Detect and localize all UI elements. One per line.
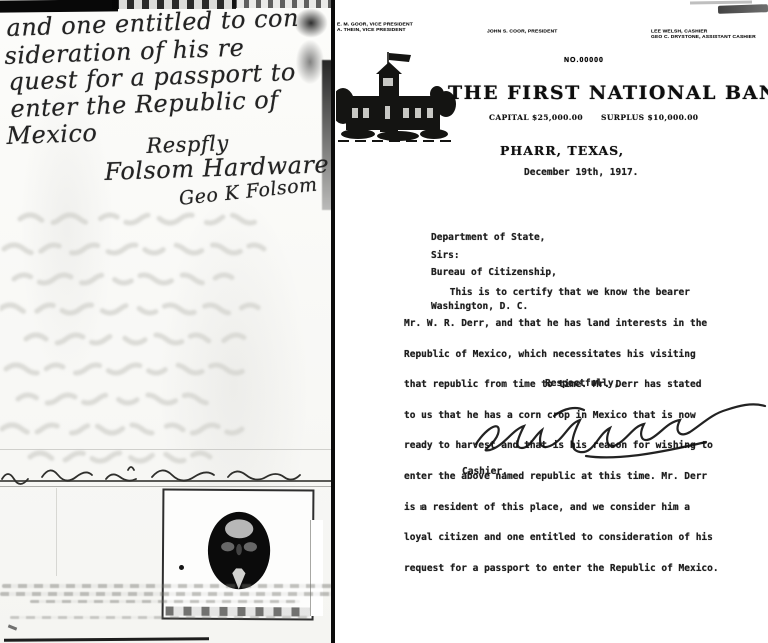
officer-name: A. THEIN, VICE PRESIDENT	[337, 28, 413, 34]
ink-mark	[420, 505, 423, 510]
signer-title: Cashier.	[462, 466, 508, 477]
bleed-through-print-line	[0, 592, 334, 596]
body-line: Republic of Mexico, which necessitates h…	[404, 350, 719, 360]
fold-line	[0, 449, 332, 450]
body-line: This is to certify that we know the bear…	[404, 288, 719, 298]
body-line: is a resident of this place, and we cons…	[404, 503, 719, 513]
ink-blot	[296, 40, 324, 84]
letterhead-officers-center: JOHN S. COOR, PRESIDENT	[487, 29, 557, 35]
body-line: loyal citizen and one entitled to consid…	[404, 533, 719, 543]
bleed-through-print-line	[30, 600, 300, 603]
bank-name: THE FIRST NATIONAL BANK	[448, 82, 760, 104]
ink-dot	[179, 565, 184, 570]
body-line: Mr. W. R. Derr, and that he has land int…	[404, 319, 719, 329]
capital-amount: CAPITAL $25,000.00	[489, 113, 583, 122]
body-line: enter the above named republic at this t…	[404, 472, 719, 482]
bank-building-illustration	[336, 50, 458, 146]
officer-name: JOHN S. COOR, PRESIDENT	[487, 29, 557, 35]
cashier-signature	[468, 386, 768, 468]
bleed-through-print-line	[2, 584, 332, 588]
portrait-photo	[206, 509, 273, 593]
page-divider	[331, 0, 335, 643]
city-line: PHARR, TEXAS,	[500, 143, 624, 158]
date-line: December 19th, 1917.	[524, 167, 638, 178]
card-margin-strip	[311, 520, 323, 616]
body-line: request for a passport to enter the Repu…	[404, 564, 719, 574]
charter-number: NO.00000	[564, 57, 604, 64]
address-line: Department of State,	[431, 232, 557, 244]
surplus-amount: SURPLUS $10,000.00	[601, 113, 698, 122]
letterhead-officers-right: LEE WELSH, CASHIER GEO C. DRYSTONE, ASSI…	[651, 29, 756, 40]
bleed-through-print-line	[10, 616, 310, 619]
salutation: Sirs:	[431, 250, 460, 261]
attached-snippet-edge	[56, 488, 57, 576]
letterhead-officers-left: E. M. GOOR, VICE PRESIDENT A. THEIN, VIC…	[337, 22, 413, 33]
bleed-through-ghost-writing	[0, 205, 330, 470]
card-border-band	[166, 606, 310, 616]
handwritten-line: Mexico	[6, 119, 98, 150]
officer-name: GEO C. DRYSTONE, ASSISTANT CASHIER	[651, 35, 756, 41]
scanned-document: and one entitled to con sideration of hi…	[0, 0, 768, 643]
handwriting-fragment	[0, 464, 332, 488]
